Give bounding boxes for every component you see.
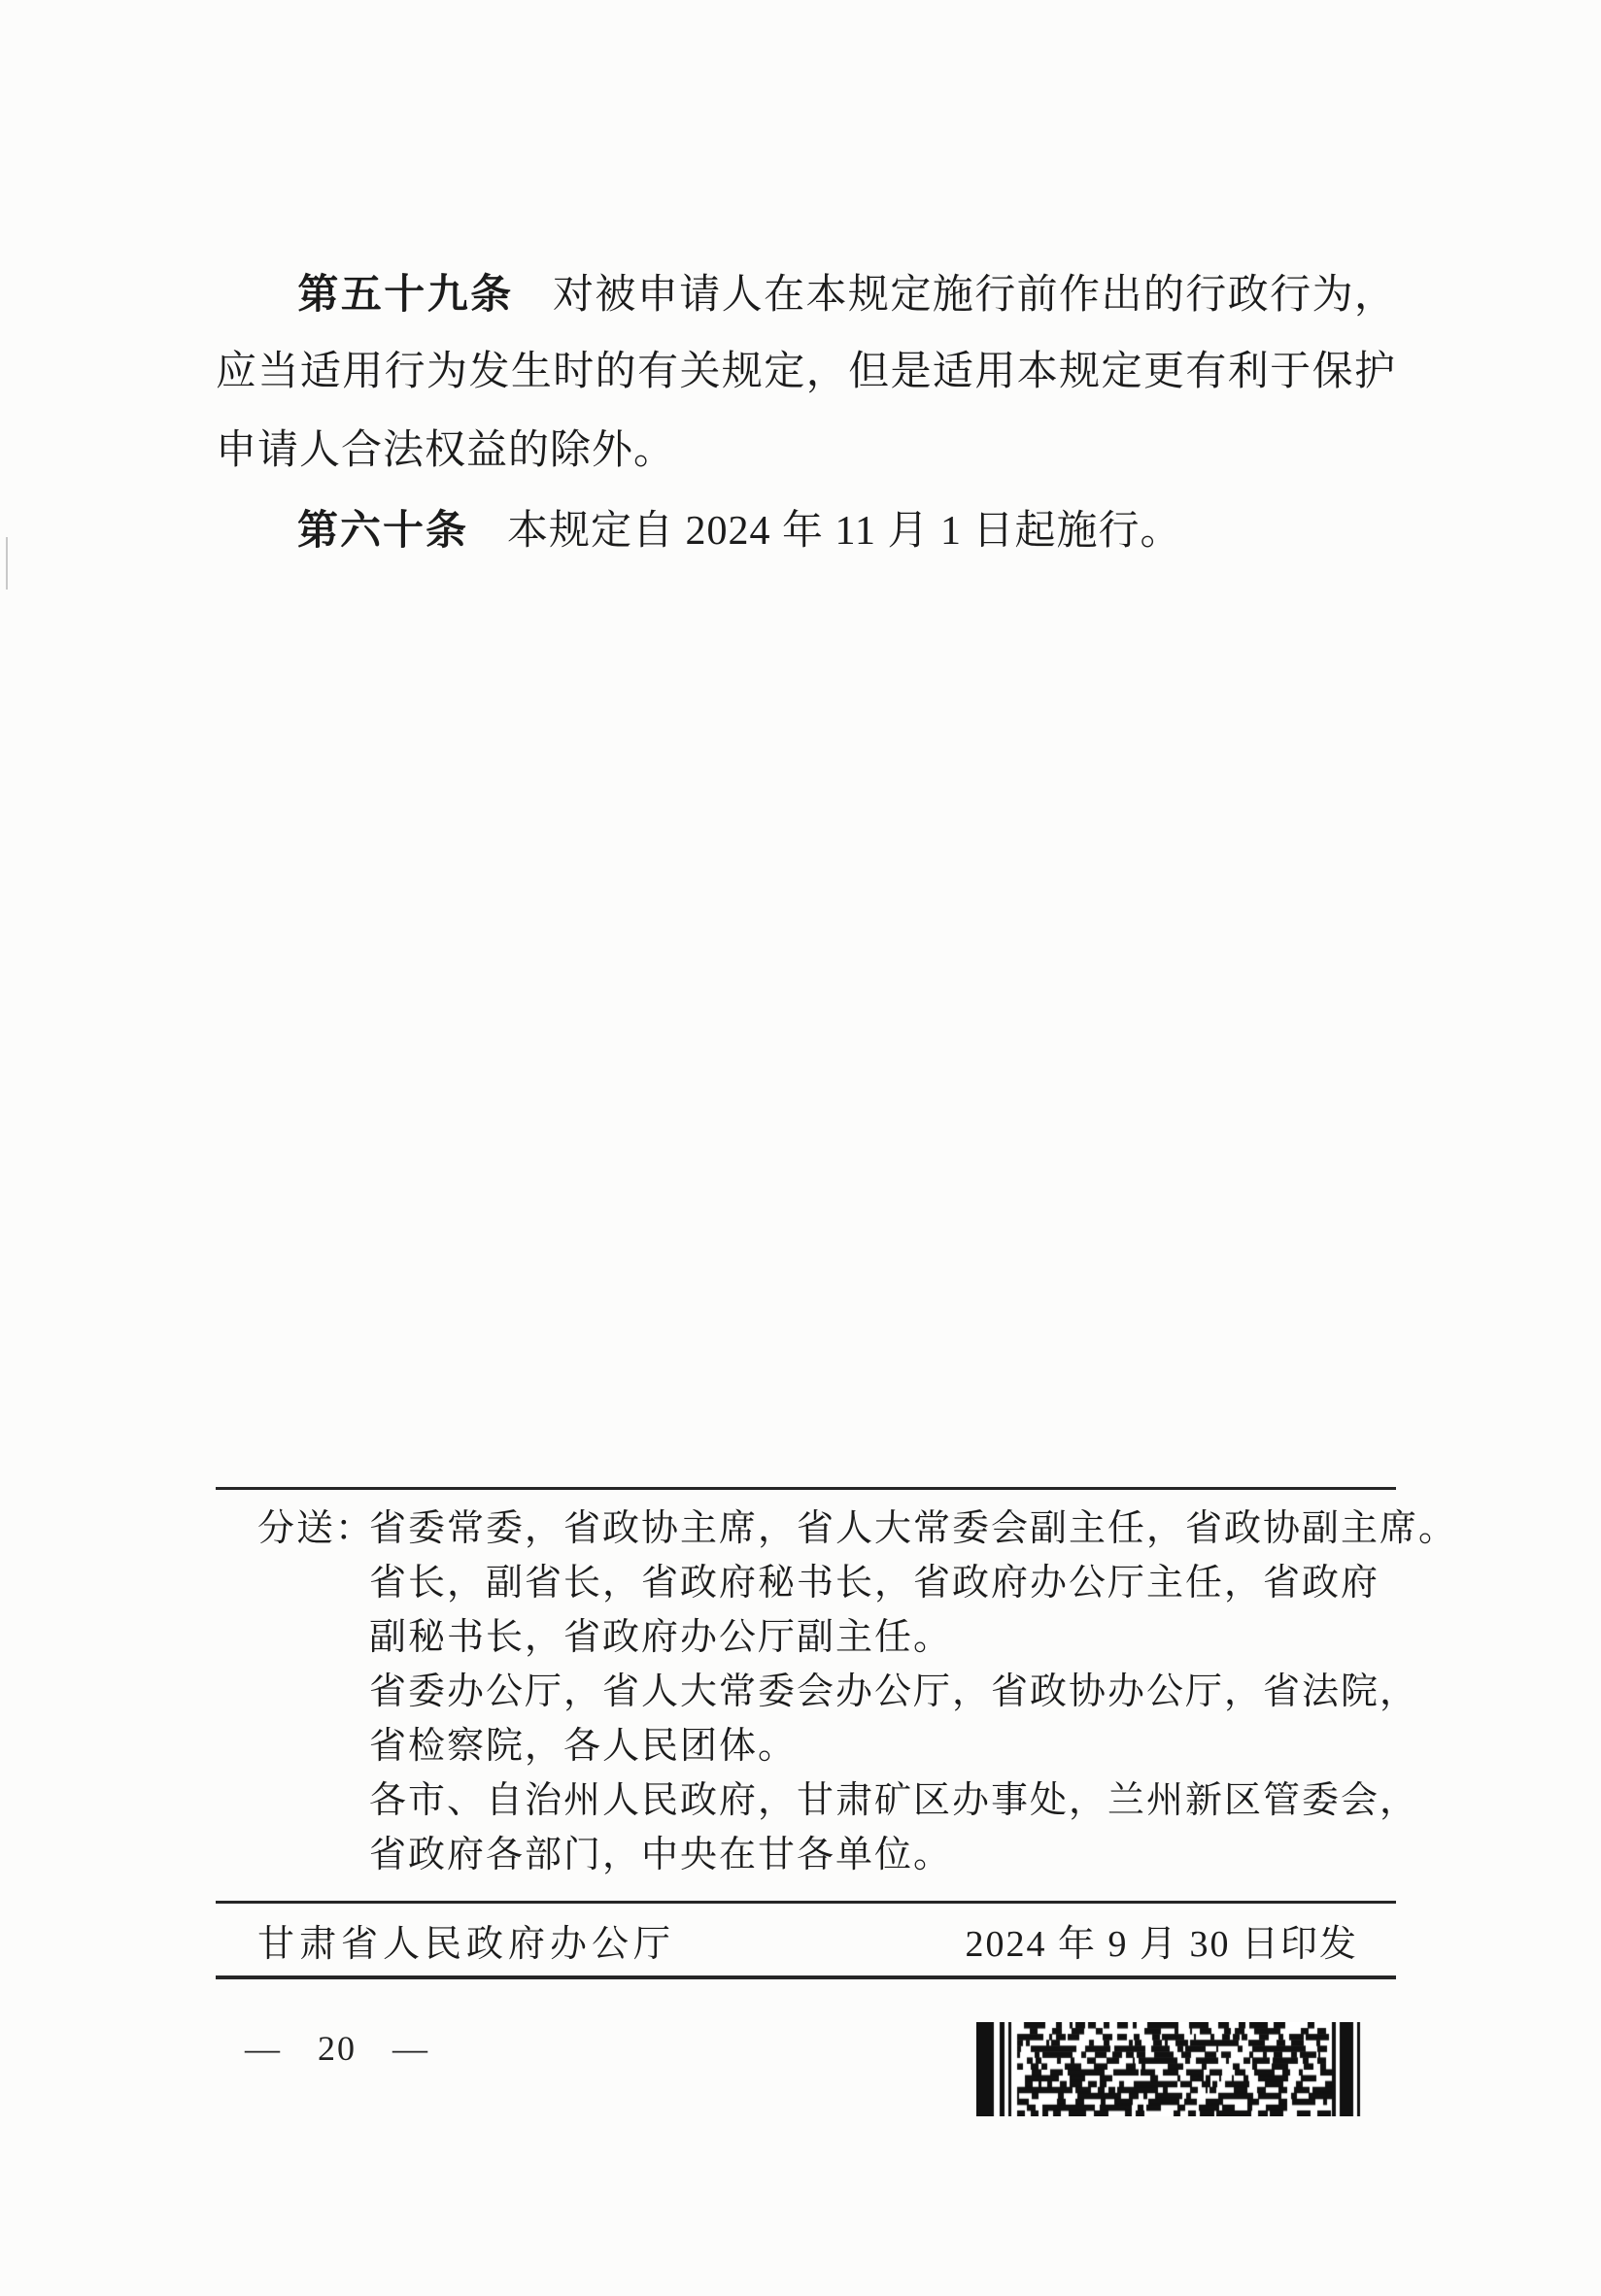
- distribution-line: 各市、自治州人民政府，甘肃矿区办事处，兰州新区管委会，: [216, 1773, 1396, 1828]
- distribution-line: 副秘书长，省政府办公厅副主任。: [216, 1610, 1396, 1665]
- article-60-number: 第六十条: [297, 506, 468, 554]
- page-number: — 20 —: [245, 2028, 439, 2069]
- document-page: 第五十九条对被申请人在本规定施行前作出的行政行为， 应当适用行为发生时的有关规定…: [0, 0, 1601, 2296]
- distribution-line: 省委办公厅，省人大常委会办公厅，省政协办公厅，省法院，: [216, 1665, 1396, 1719]
- distribution-top-rule: [216, 1487, 1396, 1490]
- article-60-text-1: 本规定自 2024 年 11 月 1 日起施行。: [507, 509, 1181, 554]
- footer-issuer: 甘肃省人民政府办公厅: [216, 1913, 675, 1967]
- article-59-number: 第五十九条: [297, 270, 514, 318]
- footer-print-date: 2024 年 9 月 30 日印发: [965, 1913, 1396, 1967]
- distribution-line: 省长，副省长，省政府秘书长，省政府办公厅主任，省政府: [216, 1556, 1396, 1610]
- barcode: [976, 2022, 1361, 2116]
- footer-row: 甘肃省人民政府办公厅 2024 年 9 月 30 日印发: [216, 1904, 1396, 1975]
- article-59-paragraph: 第五十九条对被申请人在本规定施行前作出的行政行为， 应当适用行为发生时的有关规定…: [216, 254, 1396, 490]
- article-59-line-3: 申请人合法权益的除外。: [216, 412, 1396, 490]
- distribution-text: 省委常委，省政协主席，省人大常委会副主任，省政协副主席。: [369, 1508, 1457, 1549]
- footer-bottom-rule: [216, 1975, 1396, 1979]
- article-body: 第五十九条对被申请人在本规定施行前作出的行政行为， 应当适用行为发生时的有关规定…: [216, 254, 1396, 569]
- article-59-line-2: 应当适用行为发生时的有关规定，但是适用本规定更有利于保护: [216, 333, 1396, 412]
- distribution-line: 分送：省委常委，省政协主席，省人大常委会副主任，省政协副主席。: [216, 1502, 1396, 1556]
- scan-edge-mark: [6, 537, 8, 590]
- article-60-line-1: 第六十条本规定自 2024 年 11 月 1 日起施行。: [216, 490, 1396, 569]
- article-59-line-1: 第五十九条对被申请人在本规定施行前作出的行政行为，: [216, 254, 1396, 333]
- distribution-line: 省检察院，各人民团体。: [216, 1719, 1396, 1773]
- article-59-text-1: 对被申请人在本规定施行前作出的行政行为，: [553, 273, 1396, 318]
- distribution-section: 分送：省委常委，省政协主席，省人大常委会副主任，省政协副主席。 省长，副省长，省…: [216, 1502, 1396, 1882]
- distribution-line: 省政府各部门，中央在甘各单位。: [216, 1828, 1396, 1882]
- article-60-paragraph: 第六十条本规定自 2024 年 11 月 1 日起施行。: [216, 490, 1396, 569]
- distribution-label: 分送：: [257, 1502, 369, 1556]
